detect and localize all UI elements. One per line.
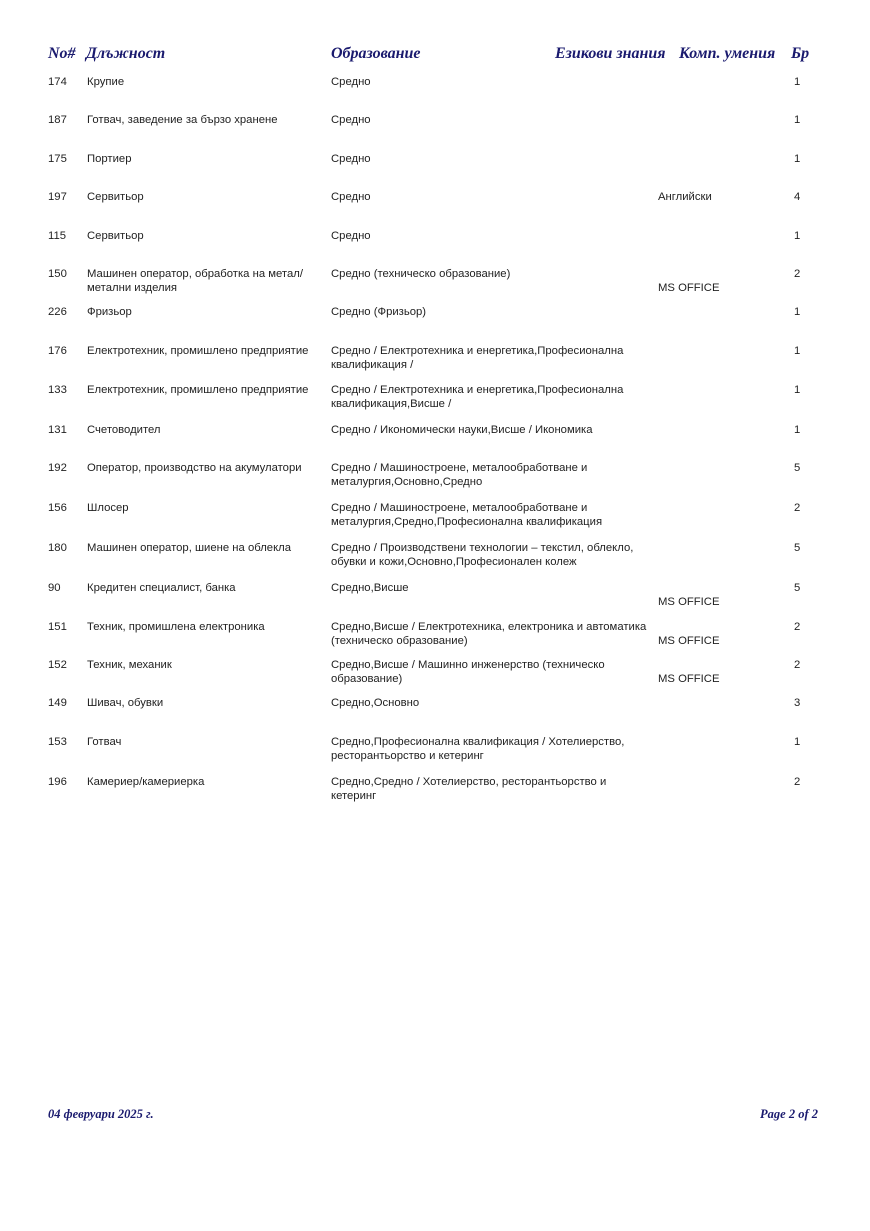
position-title: Шивач, обувки: [87, 696, 327, 710]
position-count: 1: [794, 75, 814, 89]
row-number: 115: [48, 229, 82, 243]
position-title: Фризьор: [87, 305, 327, 319]
row-number: 176: [48, 344, 82, 358]
header-no: No#: [48, 45, 76, 63]
row-number: 156: [48, 501, 82, 515]
row-number: 149: [48, 696, 82, 710]
header-languages: Езикови знания: [555, 45, 666, 63]
education-requirement: Средно,Основно: [331, 696, 649, 710]
education-requirement: Средно: [331, 113, 649, 127]
language-skills: Английски: [658, 190, 768, 204]
computer-skills: MS OFFICE: [658, 672, 768, 686]
header-education: Образование: [331, 45, 421, 63]
position-count: 1: [794, 735, 814, 749]
row-number: 152: [48, 658, 82, 672]
education-requirement: Средно / Машиностроене, металообработван…: [331, 461, 649, 489]
row-number: 197: [48, 190, 82, 204]
row-number: 187: [48, 113, 82, 127]
education-requirement: Средно,Висше / Електротехника, електрони…: [331, 620, 649, 648]
education-requirement: Средно: [331, 75, 649, 89]
education-requirement: Средно,Професионална квалификация / Хоте…: [331, 735, 649, 763]
row-number: 131: [48, 423, 82, 437]
header-position: Длъжност: [86, 45, 165, 63]
position-title: Шлосер: [87, 501, 327, 515]
position-title: Сервитьор: [87, 190, 327, 204]
position-count: 1: [794, 423, 814, 437]
position-count: 2: [794, 620, 814, 634]
position-count: 3: [794, 696, 814, 710]
education-requirement: Средно / Електротехника и енергетика,Про…: [331, 383, 649, 411]
position-title: Крупие: [87, 75, 327, 89]
position-count: 2: [794, 658, 814, 672]
education-requirement: Средно / Икономически науки,Висше / Икон…: [331, 423, 649, 437]
header-computer-skills: Комп. умения: [679, 45, 775, 63]
position-title: Електротехник, промишлено предприятие: [87, 383, 327, 397]
position-count: 5: [794, 541, 814, 555]
position-title: Електротехник, промишлено предприятие: [87, 344, 327, 358]
position-count: 5: [794, 581, 814, 595]
education-requirement: Средно: [331, 229, 649, 243]
education-requirement: Средно,Средно / Хотелиерство, ресторанть…: [331, 775, 649, 803]
position-count: 2: [794, 775, 814, 789]
footer-date: 04 февруари 2025 г.: [48, 1107, 154, 1122]
education-requirement: Средно: [331, 190, 649, 204]
position-count: 1: [794, 383, 814, 397]
education-requirement: Средно / Машиностроене, металообработван…: [331, 501, 649, 529]
position-count: 2: [794, 501, 814, 515]
row-number: 175: [48, 152, 82, 166]
position-title: Техник, промишлена електроника: [87, 620, 327, 634]
row-number: 90: [48, 581, 82, 595]
position-title: Сервитьор: [87, 229, 327, 243]
position-count: 4: [794, 190, 814, 204]
row-number: 226: [48, 305, 82, 319]
computer-skills: MS OFFICE: [658, 634, 768, 648]
row-number: 180: [48, 541, 82, 555]
education-requirement: Средно / Производствени технологии – тек…: [331, 541, 649, 569]
position-count: 1: [794, 344, 814, 358]
education-requirement: Средно,Висше / Машинно инженерство (техн…: [331, 658, 649, 686]
position-count: 1: [794, 113, 814, 127]
position-title: Кредитен специалист, банка: [87, 581, 327, 595]
position-title: Машинен оператор, обработка на метал/мет…: [87, 267, 327, 295]
row-number: 153: [48, 735, 82, 749]
education-requirement: Средно,Висше: [331, 581, 649, 595]
position-title: Техник, механик: [87, 658, 327, 672]
education-requirement: Средно (Фризьор): [331, 305, 649, 319]
row-number: 133: [48, 383, 82, 397]
position-title: Счетоводител: [87, 423, 327, 437]
computer-skills: MS OFFICE: [658, 595, 768, 609]
position-title: Оператор, производство на акумулатори: [87, 461, 327, 475]
row-number: 192: [48, 461, 82, 475]
row-number: 151: [48, 620, 82, 634]
position-title: Камериер/камериерка: [87, 775, 327, 789]
computer-skills: MS OFFICE: [658, 281, 768, 295]
header-count: Бр: [791, 45, 809, 63]
position-count: 2: [794, 267, 814, 281]
position-count: 5: [794, 461, 814, 475]
row-number: 174: [48, 75, 82, 89]
education-requirement: Средно (техническо образование): [331, 267, 649, 281]
education-requirement: Средно: [331, 152, 649, 166]
education-requirement: Средно / Електротехника и енергетика,Про…: [331, 344, 649, 372]
position-title: Портиер: [87, 152, 327, 166]
position-count: 1: [794, 229, 814, 243]
position-count: 1: [794, 305, 814, 319]
position-title: Готвач, заведение за бързо хранене: [87, 113, 327, 127]
row-number: 150: [48, 267, 82, 281]
footer-page-number: Page 2 of 2: [760, 1107, 818, 1122]
row-number: 196: [48, 775, 82, 789]
position-title: Машинен оператор, шиене на облекла: [87, 541, 327, 555]
position-count: 1: [794, 152, 814, 166]
position-title: Готвач: [87, 735, 327, 749]
